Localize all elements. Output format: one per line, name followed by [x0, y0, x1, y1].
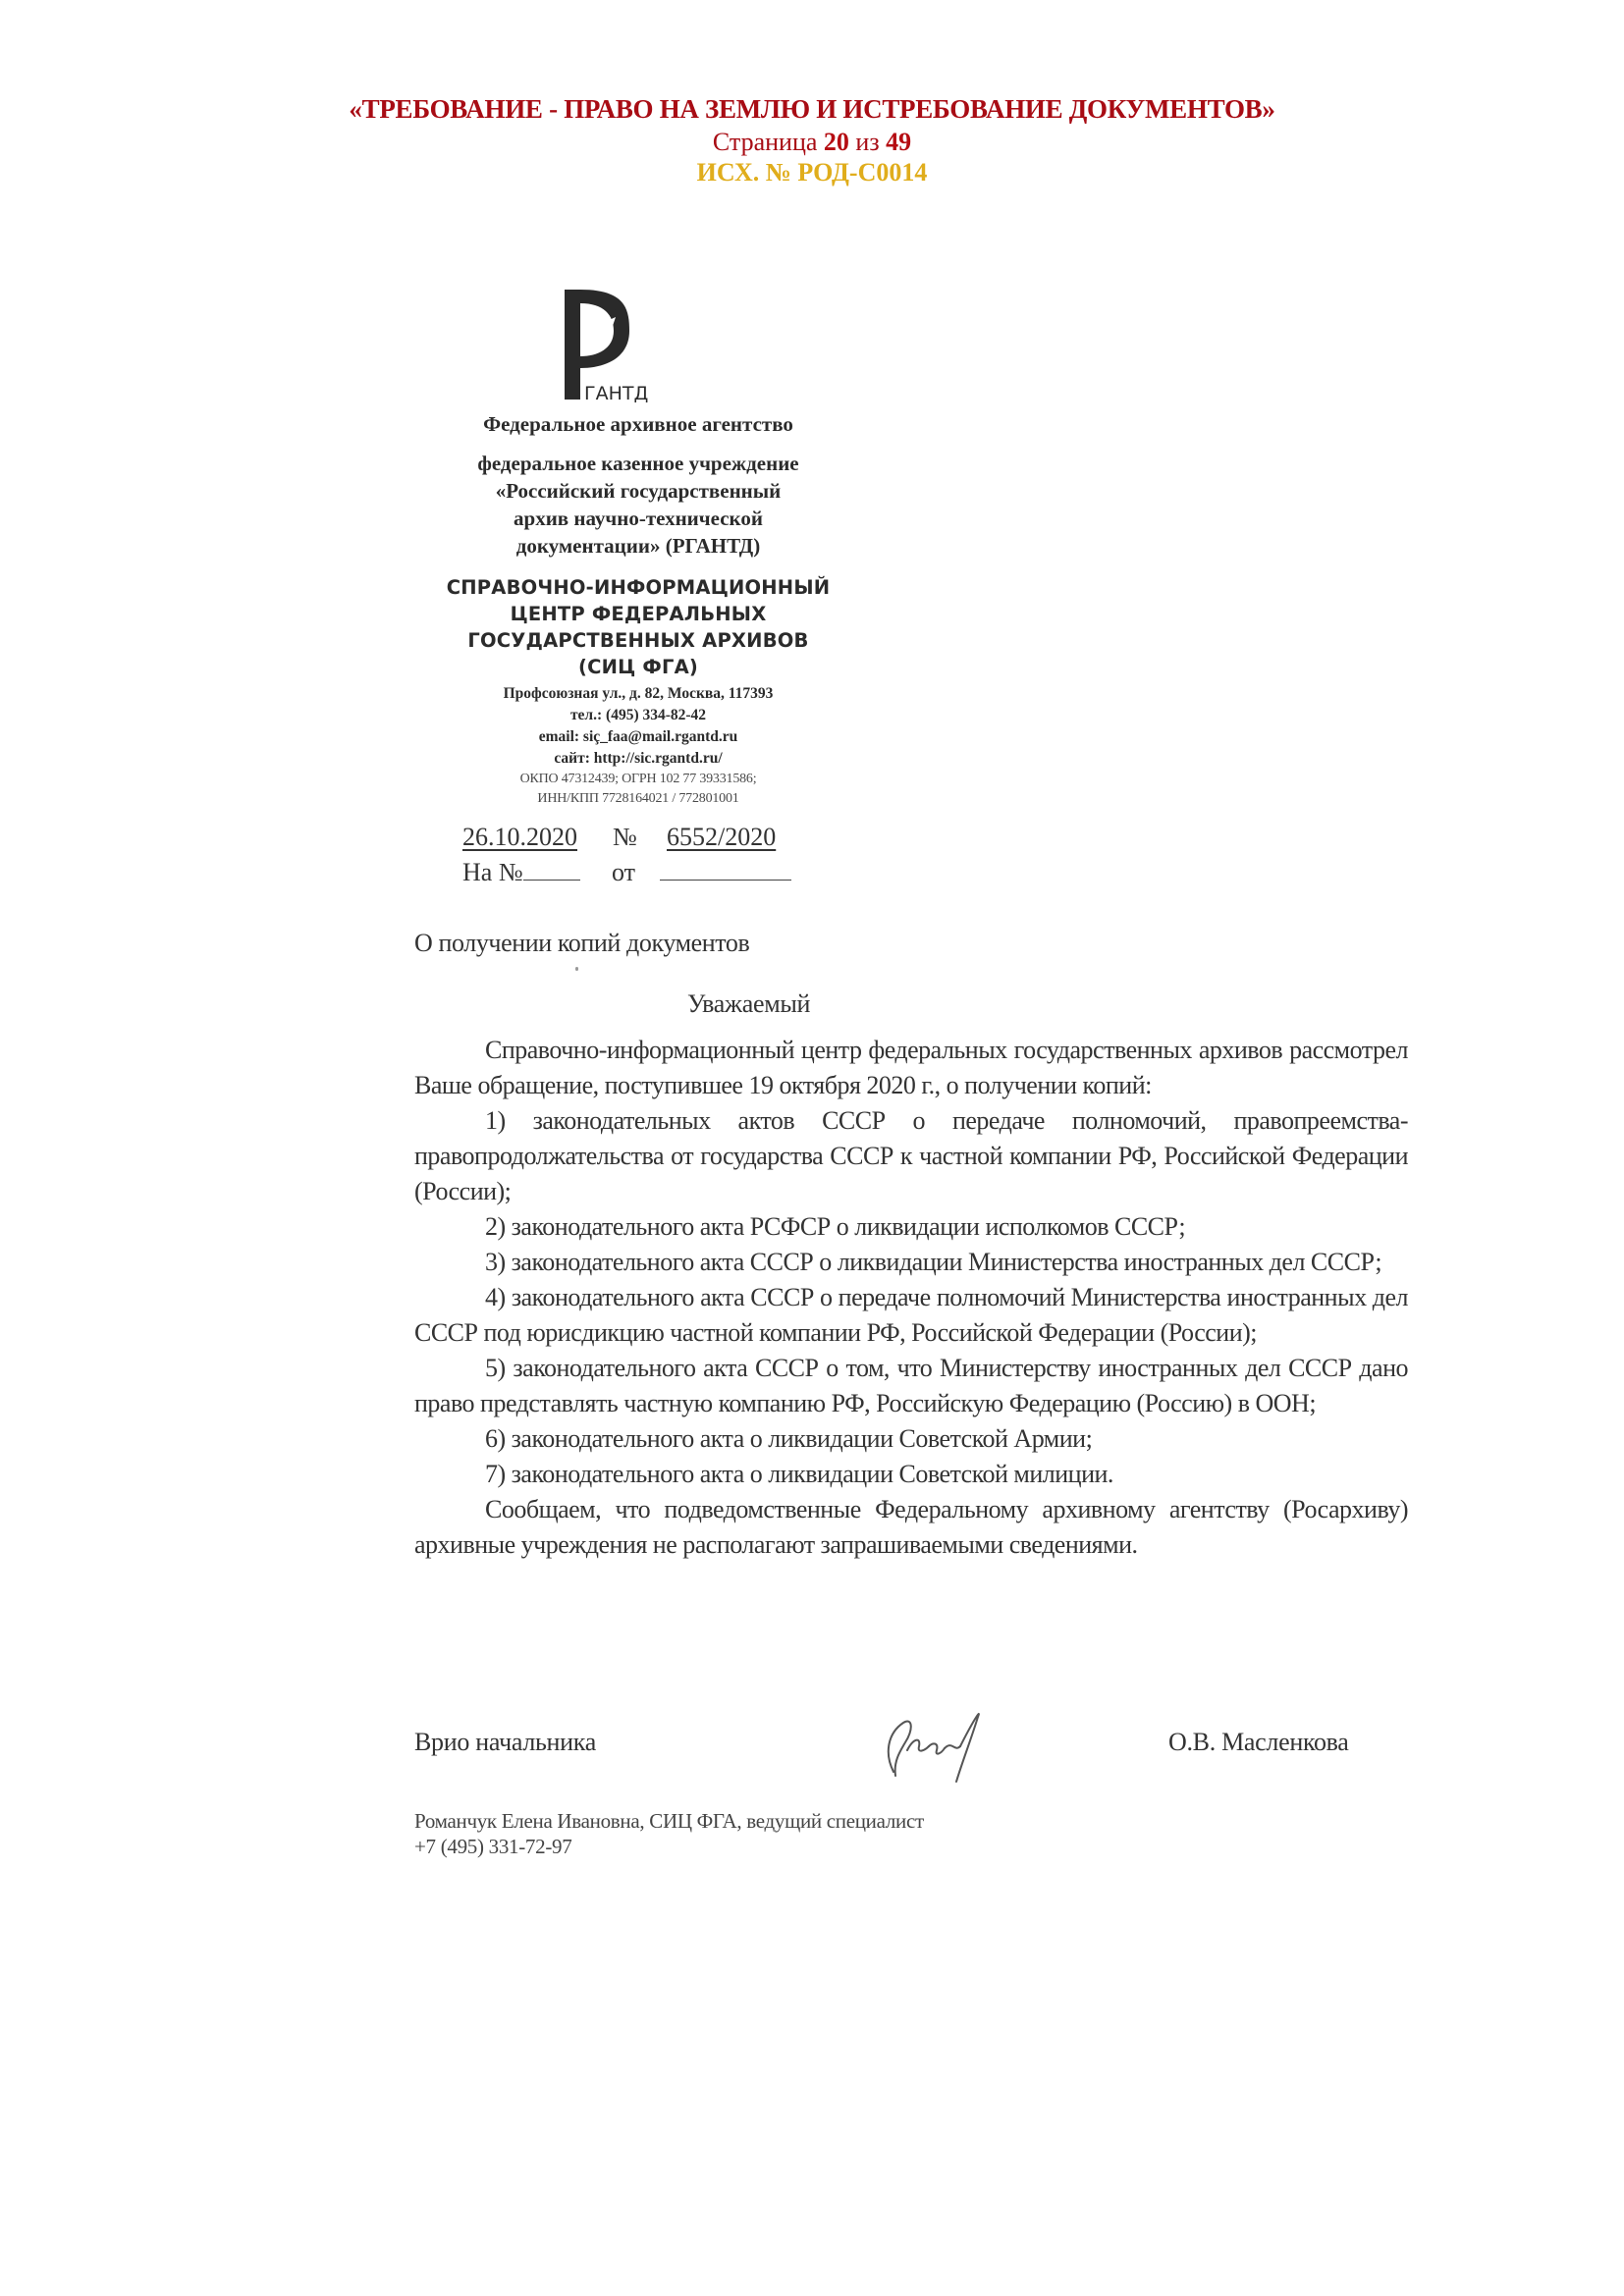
from-field: от — [612, 856, 791, 887]
center-line: ГОСУДАРСТВЕННЫХ АРХИВОВ — [412, 627, 864, 654]
agency-name: Федеральное архивное агентство — [412, 412, 864, 437]
institution-line: федеральное казенное учреждение — [412, 450, 864, 477]
codes-line: ИНН/КПП 7728164021 / 772801001 — [412, 789, 864, 809]
email: email: siç_faa@mail.rgantd.ru — [412, 726, 864, 748]
logo-text: ГАНТД — [584, 383, 648, 403]
request-item: 7) законодательного акта о ликвидации Со… — [414, 1457, 1408, 1492]
center-name: СПРАВОЧНО-ИНФОРМАЦИОННЫЙ ЦЕНТР ФЕДЕРАЛЬН… — [412, 574, 864, 680]
institution-name: федеральное казенное учреждение «Российс… — [412, 450, 864, 560]
page-current: 20 — [824, 128, 849, 156]
request-item: 5) законодательного акта СССР о том, что… — [414, 1351, 1408, 1421]
document-title: «ТРЕБОВАНИЕ - ПРАВО НА ЗЕМЛЮ И ИСТРЕБОВА… — [0, 94, 1624, 125]
executor-name: Романчук Елена Ивановна, СИЦ ФГА, ведущи… — [414, 1808, 924, 1834]
request-item: 4) законодательного акта СССР о передаче… — [414, 1280, 1408, 1351]
salutation: Уважаемый — [687, 989, 810, 1019]
number-sign: № — [613, 823, 637, 852]
letter-subject: О получении копий документов — [414, 929, 749, 958]
conclusion-paragraph: Сообщаем, что подведомственные Федеральн… — [414, 1492, 1408, 1563]
rgantd-logo-icon: ГАНТД — [565, 288, 682, 403]
center-line: СПРАВОЧНО-ИНФОРМАЦИОННЫЙ — [412, 574, 864, 601]
handwritten-signature-icon — [864, 1703, 1021, 1791]
executor-phone: +7 (495) 331-72-97 — [414, 1834, 924, 1859]
contacts-block: Профсоюзная ул., д. 82, Москва, 117393 т… — [412, 683, 864, 770]
from-label: от — [612, 858, 635, 886]
intro-paragraph: Справочно-информационный центр федеральн… — [414, 1033, 1408, 1103]
letter-body: Справочно-информационный центр федеральн… — [414, 1033, 1408, 1563]
request-item: 3) законодательного акта СССР о ликвидац… — [414, 1245, 1408, 1280]
reply-to-label: На № — [462, 858, 523, 886]
center-line: ЦЕНТР ФЕДЕРАЛЬНЫХ — [412, 601, 864, 627]
codes-line: ОКПО 47312439; ОГРН 102 77 39331586; — [412, 770, 864, 789]
from-blank — [660, 856, 791, 881]
outgoing-date: 26.10.2020 — [462, 823, 577, 852]
request-item: 2) законодательного акта РСФСР о ликвида… — [414, 1209, 1408, 1245]
center-line: (СИЦ ФГА) — [412, 654, 864, 680]
page-counter: Страница 20 из 49 — [0, 128, 1624, 157]
institution-line: «Российский государственный — [412, 477, 864, 505]
signatory-name: О.В. Масленкова — [1168, 1728, 1349, 1757]
reply-to-blank — [523, 856, 580, 881]
signatory-role: Врио начальника — [414, 1728, 596, 1757]
outgoing-number: 6552/2020 — [667, 823, 776, 852]
phone: тел.: (495) 334-82-42 — [412, 705, 864, 726]
website: сайт: http://sic.rgantd.ru/ — [412, 748, 864, 770]
scan-speck — [575, 967, 578, 971]
page-prefix: Страница — [713, 128, 818, 156]
outgoing-reference: ИСХ. № РОД-С0014 — [0, 158, 1624, 187]
institution-line: архив научно-технической — [412, 505, 864, 532]
registration-codes: ОКПО 47312439; ОГРН 102 77 39331586; ИНН… — [412, 770, 864, 809]
executor-info: Романчук Елена Ивановна, СИЦ ФГА, ведущи… — [414, 1808, 924, 1859]
address: Профсоюзная ул., д. 82, Москва, 117393 — [412, 683, 864, 705]
request-item: 6) законодательного акта о ликвидации Со… — [414, 1421, 1408, 1457]
reply-to-field: На № — [462, 856, 580, 887]
institution-line: документации» (РГАНТД) — [412, 532, 864, 560]
page-of: из — [855, 128, 879, 156]
request-item: 1) законодательных актов СССР о передаче… — [414, 1103, 1408, 1209]
page-total: 49 — [886, 128, 911, 156]
